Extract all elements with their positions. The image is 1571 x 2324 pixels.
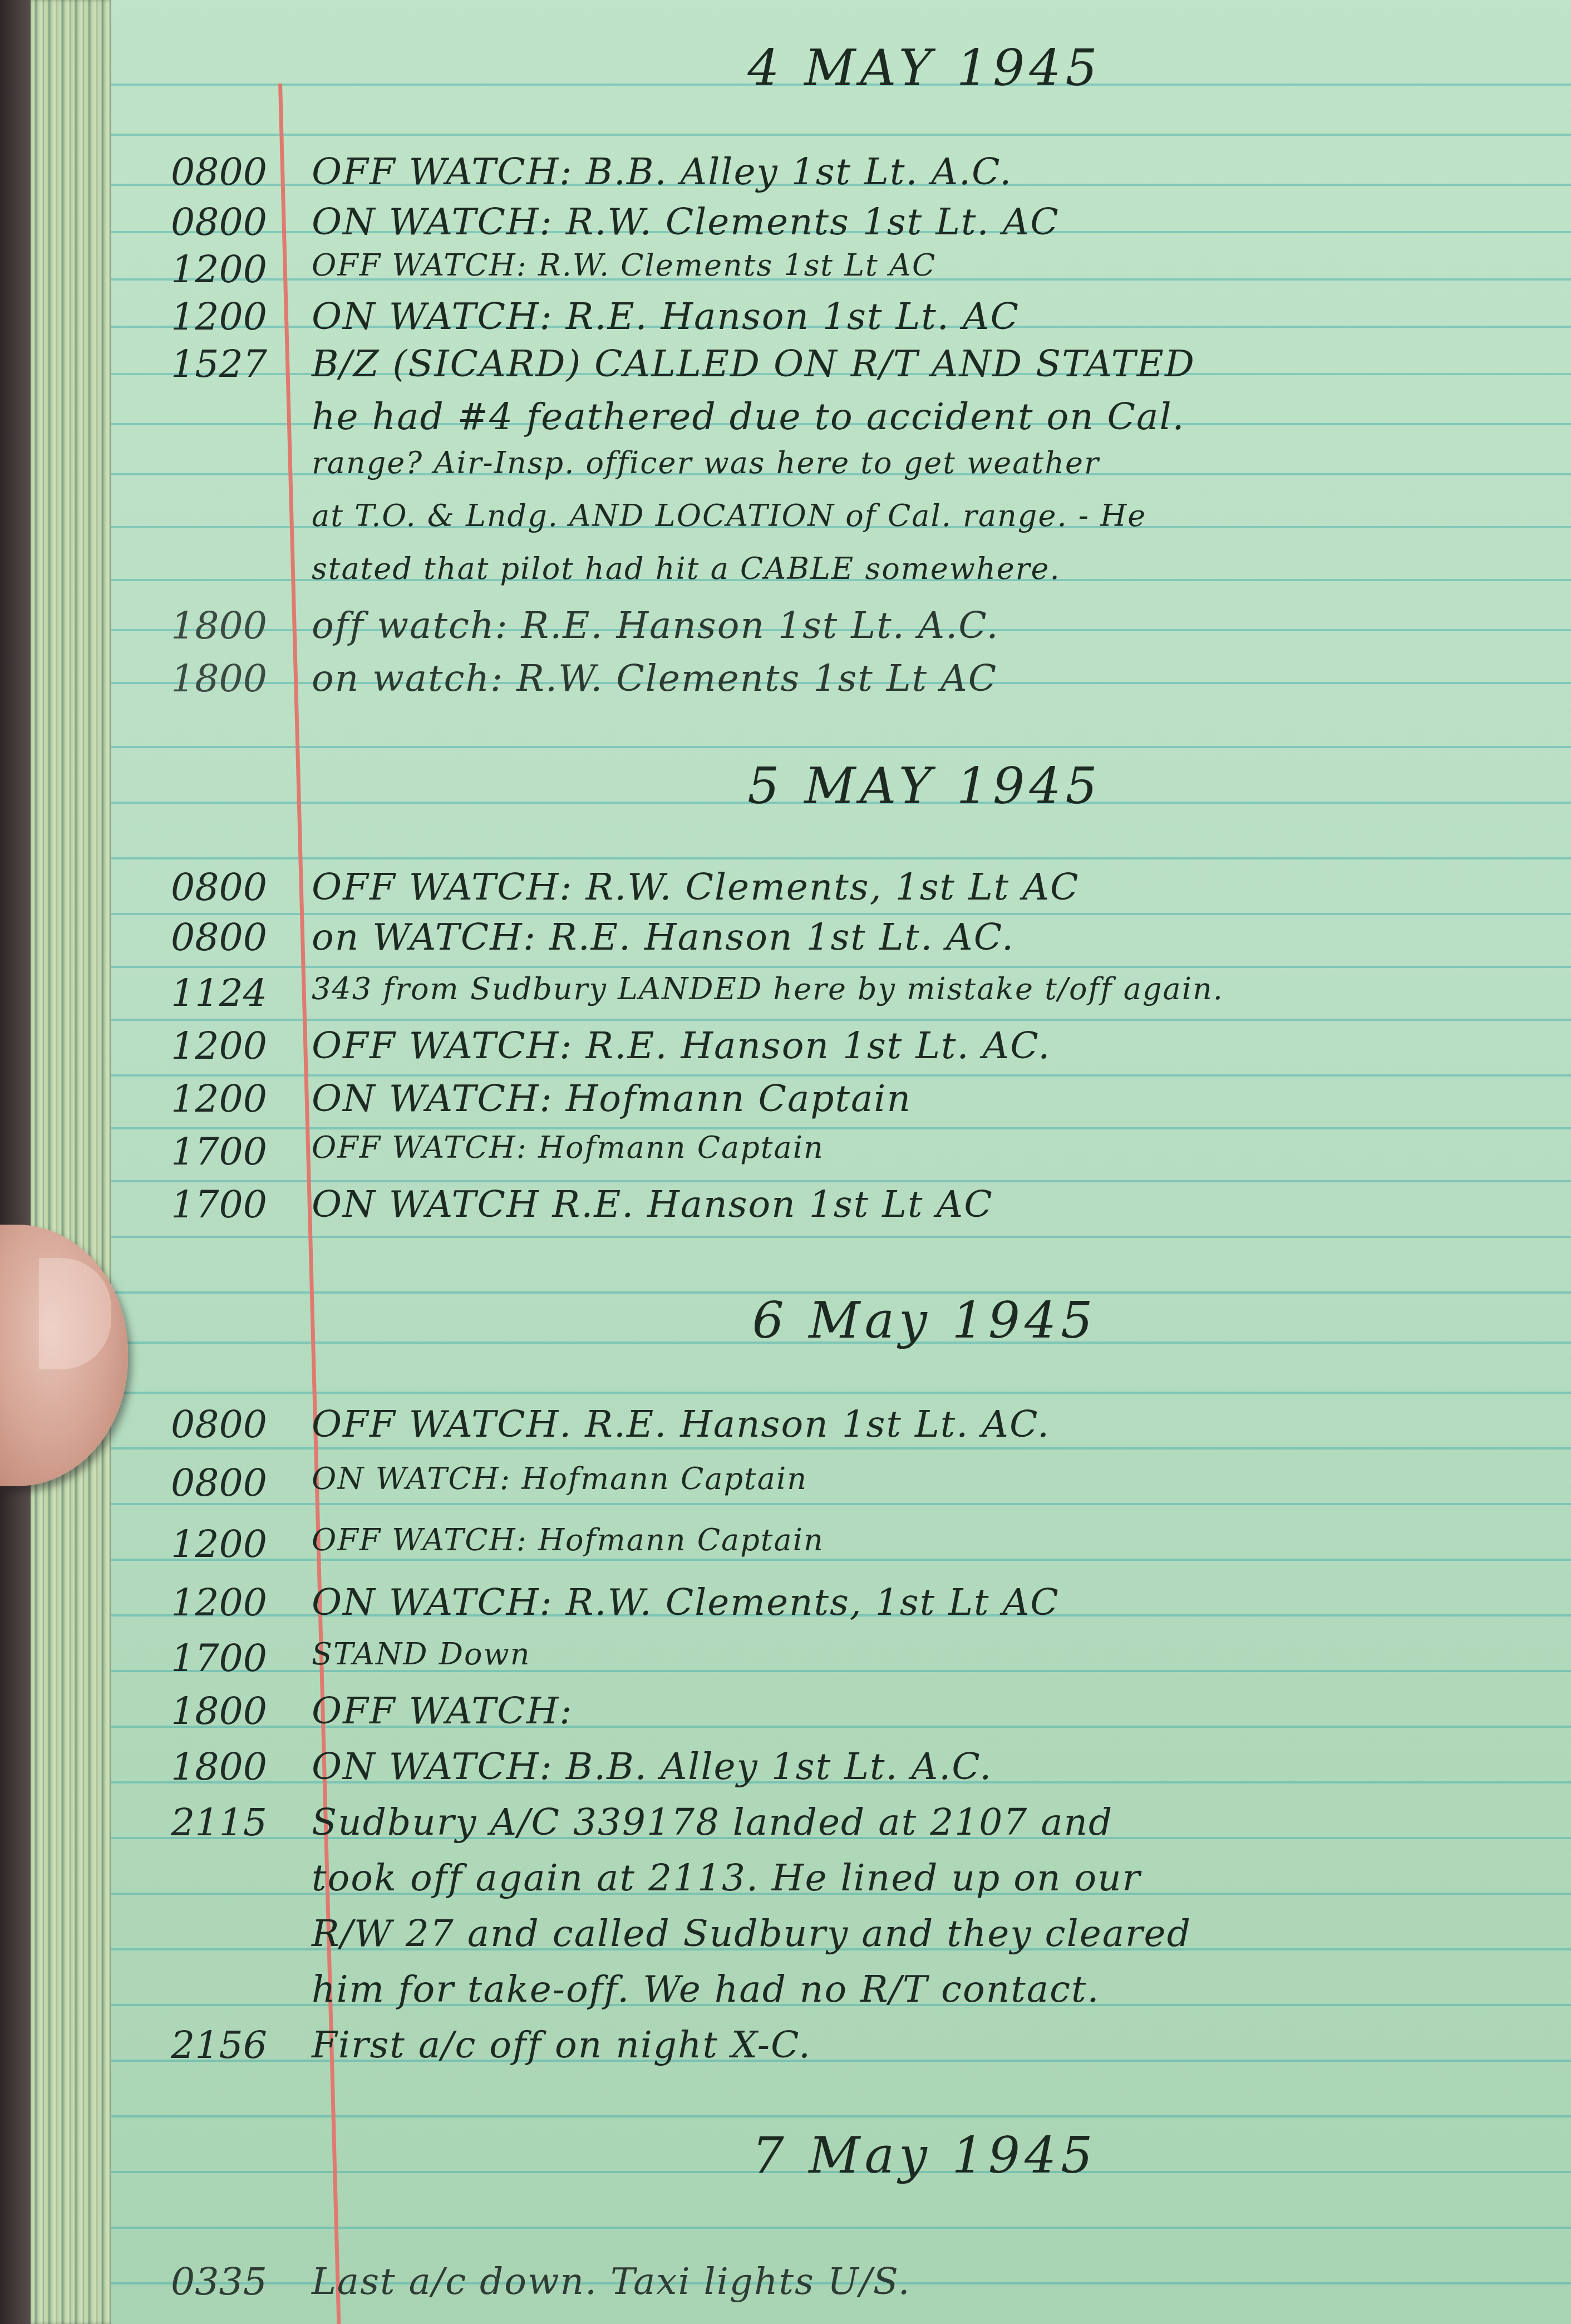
log-entry: 1700 OFF WATCH: Hofmann Captain bbox=[111, 1130, 1571, 1186]
log-entry: 1200 OFF WATCH: Hofmann Captain bbox=[111, 1522, 1571, 1578]
date-heading: 6 May 1945 bbox=[111, 1291, 1571, 1350]
entry-text: OFF WATCH: R.E. Hanson 1st Lt. AC. bbox=[312, 1024, 1549, 1067]
entry-text: First a/c off on night X-C. bbox=[312, 2023, 1549, 2066]
entry-text: ON WATCH R.E. Hanson 1st Lt AC bbox=[312, 1183, 1549, 1226]
rule-line bbox=[111, 857, 1571, 859]
entry-text: on watch: R.W. Clements 1st Lt AC bbox=[312, 657, 1549, 700]
entry-time: 2156 bbox=[122, 2023, 267, 2067]
entry-time: 1200 bbox=[122, 1077, 267, 1121]
log-entry: 1124 343 from Sudbury LANDED here by mis… bbox=[111, 971, 1571, 1027]
log-entry: 1700 ON WATCH R.E. Hanson 1st Lt AC bbox=[111, 1183, 1571, 1239]
log-entry: R/W 27 and called Sudbury and they clear… bbox=[111, 1912, 1571, 1968]
logbook-page: 4 MAY 1945 0800 OFF WATCH: B.B. Alley 1s… bbox=[111, 0, 1571, 2324]
log-entry: at T.O. & Lndg. AND LOCATION of Cal. ran… bbox=[111, 498, 1571, 554]
date-heading: 4 MAY 1945 bbox=[111, 39, 1571, 97]
log-entry: 1200 ON WATCH: Hofmann Captain bbox=[111, 1077, 1571, 1133]
entry-time: 1700 bbox=[122, 1130, 267, 1174]
entry-time: 1700 bbox=[122, 1637, 267, 1681]
log-entry: 1200 ON WATCH: R.W. Clements, 1st Lt AC bbox=[111, 1581, 1571, 1637]
page-edges bbox=[31, 0, 114, 2324]
entry-text: range? Air-Insp. officer was here to get… bbox=[312, 445, 1549, 480]
log-entry: stated that pilot had hit a CABLE somewh… bbox=[111, 551, 1571, 607]
log-entry: 0800 OFF WATCH: B.B. Alley 1st Lt. A.C. bbox=[111, 150, 1571, 206]
entry-time: 1800 bbox=[122, 1745, 267, 1789]
log-entry: 1700 STAND Down bbox=[111, 1637, 1571, 1692]
entry-text: STAND Down bbox=[312, 1637, 1549, 1672]
thumbnail bbox=[39, 1258, 111, 1369]
rule-line bbox=[111, 746, 1571, 748]
entry-time: 0800 bbox=[122, 200, 267, 244]
entry-text: OFF WATCH: Hofmann Captain bbox=[312, 1522, 1549, 1557]
rule-line bbox=[111, 134, 1571, 136]
entry-text: R/W 27 and called Sudbury and they clear… bbox=[312, 1912, 1549, 1955]
log-entry: 1800 ON WATCH: B.B. Alley 1st Lt. A.C. bbox=[111, 1745, 1571, 1801]
entry-text: he had #4 feathered due to accident on C… bbox=[312, 395, 1549, 438]
entry-text: OFF WATCH: B.B. Alley 1st Lt. A.C. bbox=[312, 150, 1549, 193]
rule-line bbox=[111, 2227, 1571, 2229]
entry-text: 343 from Sudbury LANDED here by mistake … bbox=[312, 971, 1549, 1006]
entry-text: OFF WATCH: R.W. Clements, 1st Lt AC bbox=[312, 866, 1549, 908]
entry-time: 0800 bbox=[122, 916, 267, 960]
entry-text: ON WATCH: R.E. Hanson 1st Lt. AC bbox=[312, 295, 1549, 338]
entry-text: OFF WATCH: R.W. Clements 1st Lt AC bbox=[312, 248, 1549, 283]
entry-time: 1124 bbox=[122, 971, 267, 1015]
log-entry: 0800 OFF WATCH: R.W. Clements, 1st Lt AC bbox=[111, 866, 1571, 921]
log-entry: range? Air-Insp. officer was here to get… bbox=[111, 445, 1571, 501]
entry-time: 1800 bbox=[122, 604, 267, 648]
entry-text: OFF WATCH. R.E. Hanson 1st Lt. AC. bbox=[312, 1403, 1549, 1446]
entry-text: at T.O. & Lndg. AND LOCATION of Cal. ran… bbox=[312, 498, 1549, 533]
entry-text: ON WATCH: B.B. Alley 1st Lt. A.C. bbox=[312, 1745, 1549, 1788]
entry-time: 1800 bbox=[122, 1689, 267, 1733]
log-entry: 1800 off watch: R.E. Hanson 1st Lt. A.C. bbox=[111, 604, 1571, 660]
date-heading: 5 MAY 1945 bbox=[111, 757, 1571, 815]
log-entry: 0800 on WATCH: R.E. Hanson 1st Lt. AC. bbox=[111, 916, 1571, 971]
entry-time: 1200 bbox=[122, 1522, 267, 1566]
log-entry: 1800 on watch: R.W. Clements 1st Lt AC bbox=[111, 657, 1571, 713]
log-entry: 1527 B/Z (SICARD) CALLED ON R/T AND STAT… bbox=[111, 342, 1571, 398]
entry-time: 0335 bbox=[122, 2260, 267, 2304]
log-entry: 2156 First a/c off on night X-C. bbox=[111, 2023, 1571, 2079]
log-entry: 0800 OFF WATCH. R.E. Hanson 1st Lt. AC. bbox=[111, 1403, 1571, 1458]
entry-time: 0800 bbox=[122, 150, 267, 194]
log-entry: 1800 OFF WATCH: bbox=[111, 1689, 1571, 1745]
log-entry: 0800 ON WATCH: Hofmann Captain bbox=[111, 1461, 1571, 1517]
entry-text: OFF WATCH: Hofmann Captain bbox=[312, 1130, 1549, 1165]
entry-text: OFF WATCH: bbox=[312, 1689, 1549, 1732]
entry-time: 1200 bbox=[122, 1024, 267, 1068]
entry-time: 1200 bbox=[122, 295, 267, 339]
desk-background bbox=[0, 0, 33, 2324]
entry-time: 1800 bbox=[122, 657, 267, 701]
entry-text: him for take-off. We had no R/T contact. bbox=[312, 1968, 1549, 2011]
entry-text: B/Z (SICARD) CALLED ON R/T AND STATED bbox=[312, 342, 1549, 385]
date-heading: 7 May 1945 bbox=[111, 2126, 1571, 2185]
log-entry: he had #4 feathered due to accident on C… bbox=[111, 395, 1571, 451]
entry-text: stated that pilot had hit a CABLE somewh… bbox=[312, 551, 1549, 586]
log-entry: him for take-off. We had no R/T contact. bbox=[111, 1968, 1571, 2023]
entry-time: 1527 bbox=[122, 342, 267, 386]
rule-line bbox=[111, 1392, 1571, 1394]
entry-time: 2115 bbox=[122, 1801, 267, 1845]
entry-time: 1700 bbox=[122, 1183, 267, 1227]
entry-text: ON WATCH: R.W. Clements 1st Lt. AC bbox=[312, 200, 1549, 243]
log-entry: 0335 Last a/c down. Taxi lights U/S. bbox=[111, 2260, 1571, 2316]
rule-line bbox=[111, 2115, 1571, 2117]
entry-text: on WATCH: R.E. Hanson 1st Lt. AC. bbox=[312, 916, 1549, 959]
entry-text: Sudbury A/C 339178 landed at 2107 and bbox=[312, 1801, 1549, 1844]
log-entry: 1200 OFF WATCH: R.E. Hanson 1st Lt. AC. bbox=[111, 1024, 1571, 1080]
entry-text: ON WATCH: R.W. Clements, 1st Lt AC bbox=[312, 1581, 1549, 1624]
entry-time: 0800 bbox=[122, 1461, 267, 1505]
entry-time: 0800 bbox=[122, 1403, 267, 1447]
entry-time: 1200 bbox=[122, 1581, 267, 1625]
entry-text: ON WATCH: Hofmann Captain bbox=[312, 1077, 1549, 1120]
log-entry: 2115 Sudbury A/C 339178 landed at 2107 a… bbox=[111, 1801, 1571, 1856]
entry-time: 1200 bbox=[122, 248, 267, 292]
log-entry: took off again at 2113. He lined up on o… bbox=[111, 1856, 1571, 1912]
entry-text: took off again at 2113. He lined up on o… bbox=[312, 1856, 1549, 1899]
entry-text: off watch: R.E. Hanson 1st Lt. A.C. bbox=[312, 604, 1549, 647]
entry-text: Last a/c down. Taxi lights U/S. bbox=[312, 2260, 1549, 2303]
entry-text: ON WATCH: Hofmann Captain bbox=[312, 1461, 1549, 1496]
entry-time: 0800 bbox=[122, 866, 267, 910]
